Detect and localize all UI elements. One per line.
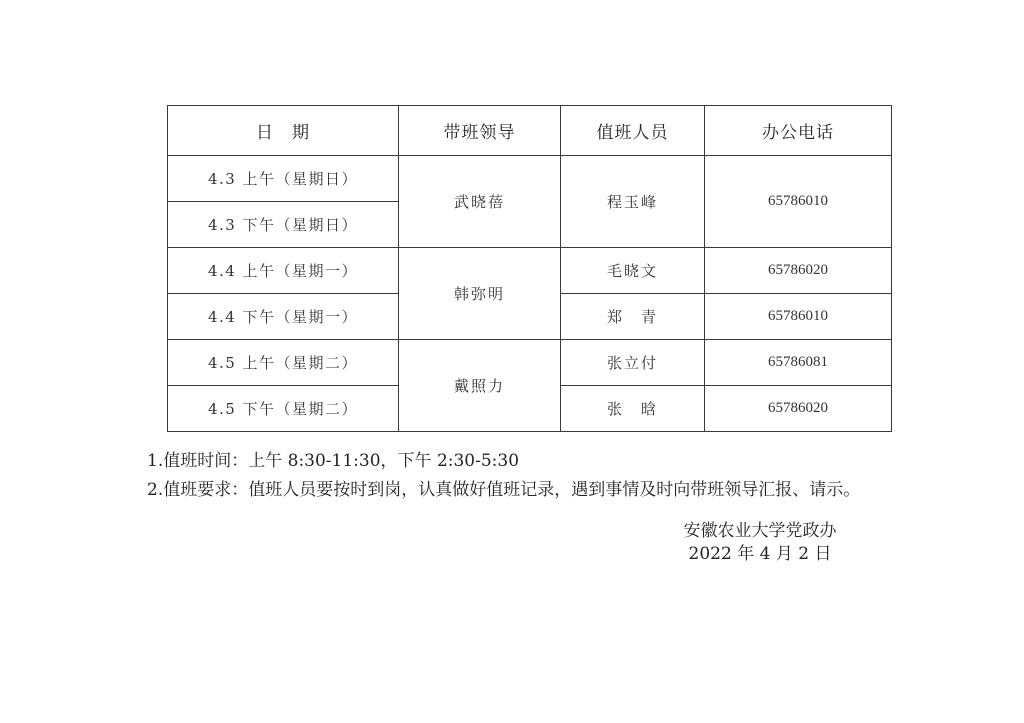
date-cell: 4.4 下午（星期一） bbox=[168, 294, 399, 340]
table-header-row: 日 期 带班领导 值班人员 办公电话 bbox=[168, 106, 892, 156]
staff-cell: 张立付 bbox=[561, 340, 705, 386]
staff-cell: 张 晗 bbox=[561, 386, 705, 432]
notes-section: 1.值班时间：上午 8:30-11:30，下午 2:30-5:30 2.值班要求… bbox=[147, 447, 860, 505]
note-duty-hours: 1.值班时间：上午 8:30-11:30，下午 2:30-5:30 bbox=[147, 447, 860, 476]
header-phone: 办公电话 bbox=[705, 106, 892, 156]
staff-cell: 程玉峰 bbox=[561, 156, 705, 248]
date-cell: 4.4 上午（星期一） bbox=[168, 248, 399, 294]
date-cell: 4.3 下午（星期日） bbox=[168, 202, 399, 248]
phone-cell: 65786020 bbox=[705, 386, 892, 432]
staff-cell: 郑 青 bbox=[561, 294, 705, 340]
signature-date: 2022 年 4 月 2 日 bbox=[672, 543, 848, 566]
note-duty-requirements: 2.值班要求：值班人员要按时到岗，认真做好值班记录，遇到事情及时向带班领导汇报、… bbox=[147, 476, 860, 505]
phone-cell: 65786010 bbox=[705, 156, 892, 248]
phone-cell: 65786081 bbox=[705, 340, 892, 386]
header-date: 日 期 bbox=[168, 106, 399, 156]
header-staff: 值班人员 bbox=[561, 106, 705, 156]
table-row: 4.3 上午（星期日） 武晓蓓 程玉峰 65786010 bbox=[168, 156, 892, 202]
phone-cell: 65786010 bbox=[705, 294, 892, 340]
staff-cell: 毛晓文 bbox=[561, 248, 705, 294]
phone-cell: 65786020 bbox=[705, 248, 892, 294]
date-cell: 4.5 上午（星期二） bbox=[168, 340, 399, 386]
table-row: 4.4 上午（星期一） 韩弥明 毛晓文 65786020 bbox=[168, 248, 892, 294]
signature-block: 安徽农业大学党政办 2022 年 4 月 2 日 bbox=[672, 520, 848, 566]
date-cell: 4.5 下午（星期二） bbox=[168, 386, 399, 432]
leader-cell: 韩弥明 bbox=[399, 248, 561, 340]
signature-org: 安徽农业大学党政办 bbox=[672, 520, 848, 543]
duty-schedule-table: 日 期 带班领导 值班人员 办公电话 4.3 上午（星期日） 武晓蓓 程玉峰 6… bbox=[167, 105, 892, 432]
leader-cell: 武晓蓓 bbox=[399, 156, 561, 248]
header-leader: 带班领导 bbox=[399, 106, 561, 156]
table-row: 4.5 上午（星期二） 戴照力 张立付 65786081 bbox=[168, 340, 892, 386]
leader-cell: 戴照力 bbox=[399, 340, 561, 432]
date-cell: 4.3 上午（星期日） bbox=[168, 156, 399, 202]
